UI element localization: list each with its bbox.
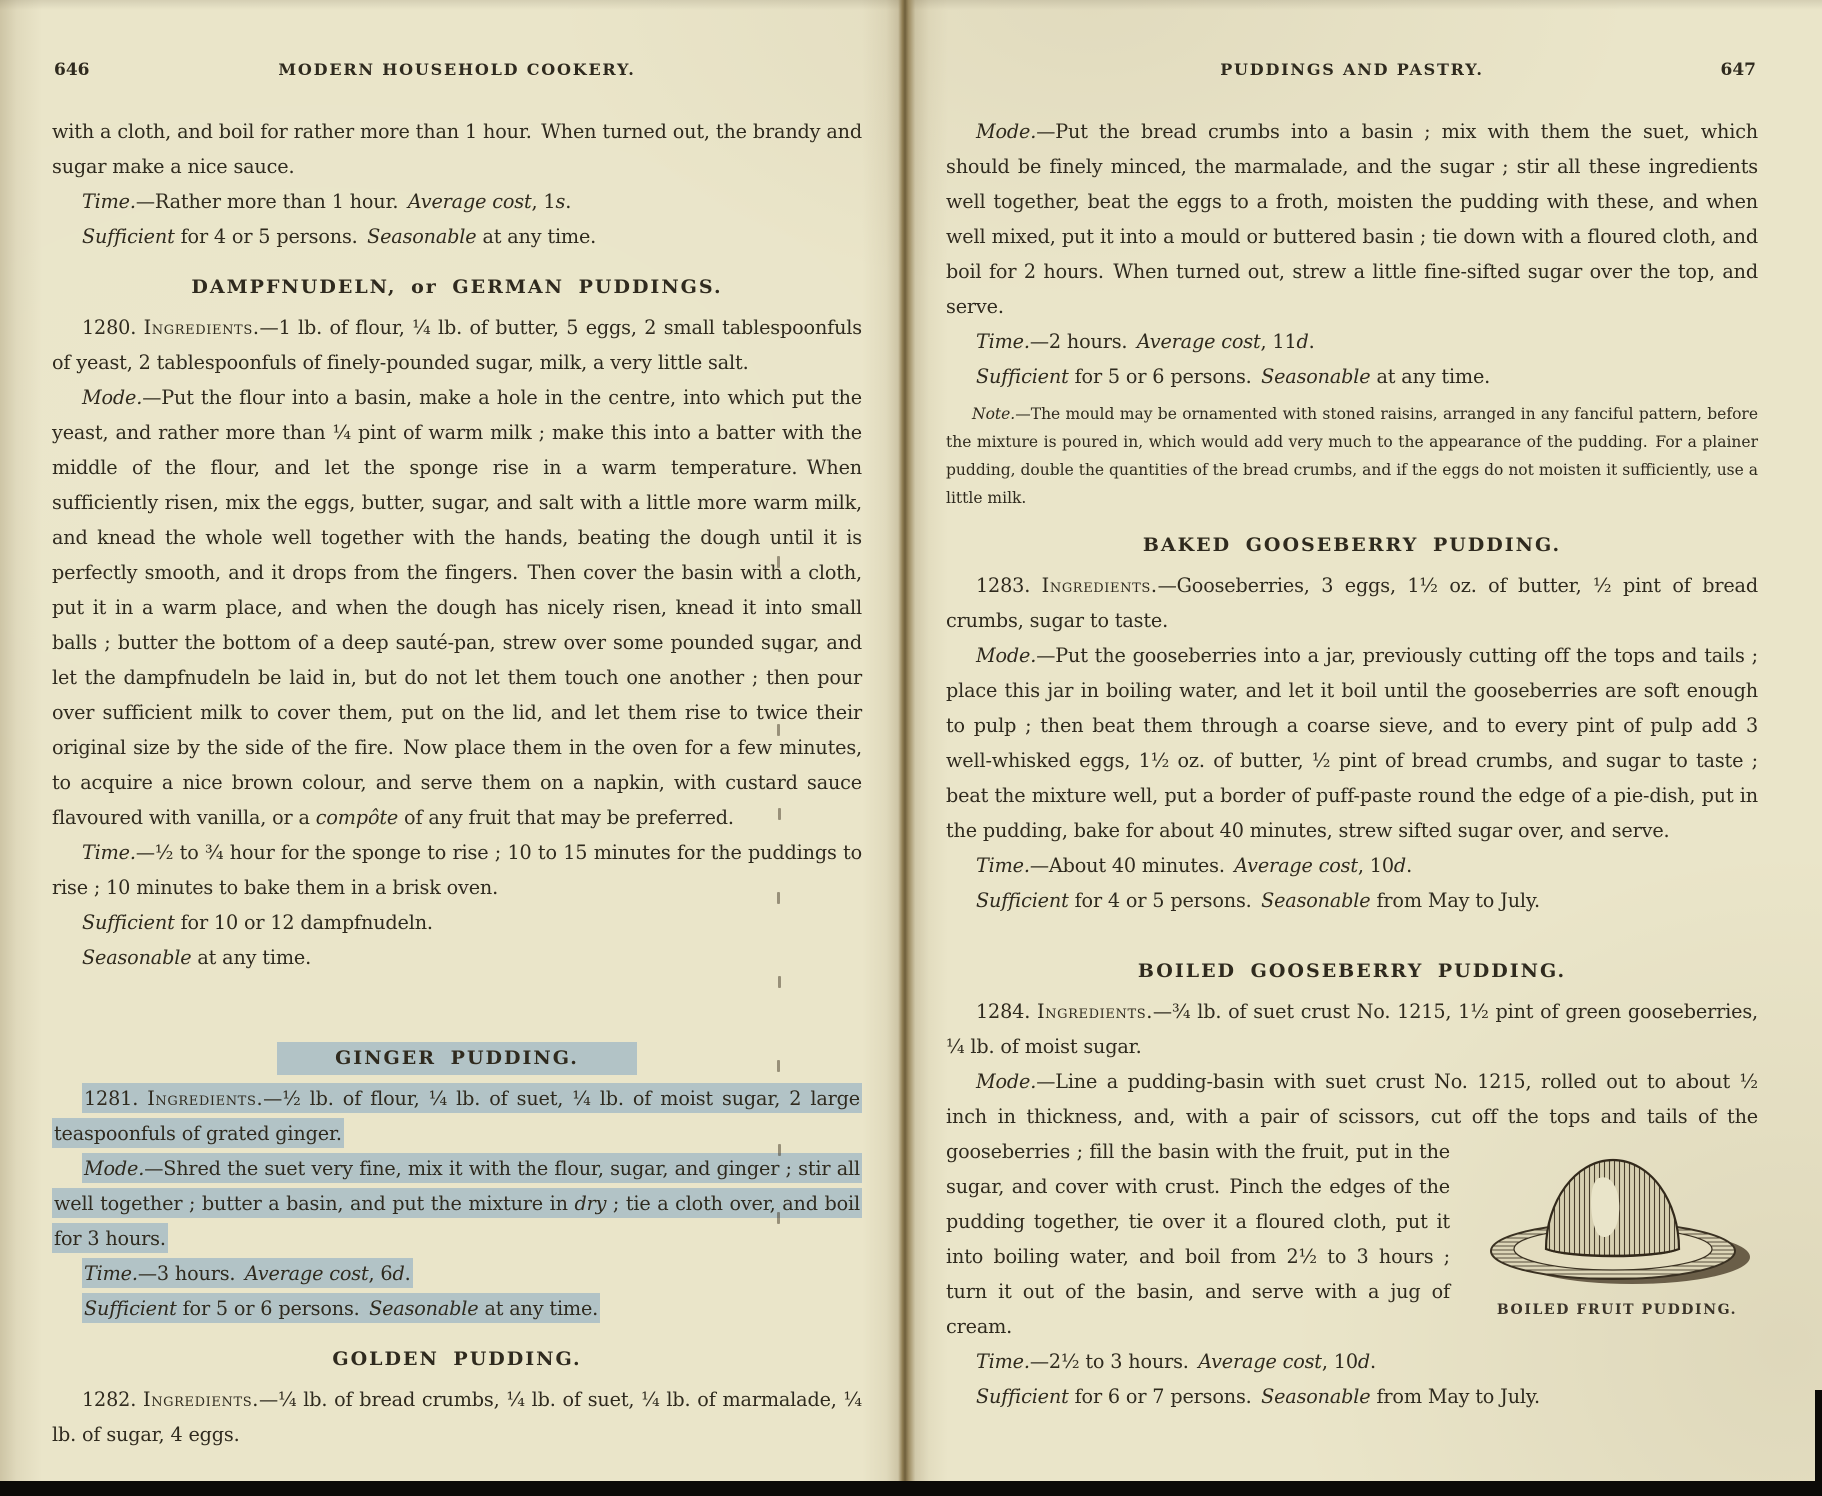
text-segment: 1283. bbox=[976, 574, 1042, 597]
page-right-body: Mode.—Put the bread crumbs into a basin … bbox=[946, 114, 1758, 1414]
text-segment: Average cost bbox=[1137, 330, 1261, 353]
text-segment: —2 hours. bbox=[1030, 330, 1137, 353]
text-segment: Average cost bbox=[1234, 854, 1358, 877]
page-right-header: PUDDINGS AND PASTRY. 647 bbox=[946, 58, 1758, 82]
text-segment: , 11 bbox=[1261, 330, 1297, 353]
text-segment: dry bbox=[574, 1192, 606, 1215]
text-segment: —Rather more than 1 hour. bbox=[136, 190, 408, 213]
recipe-heading: GINGER PUDDING. bbox=[52, 1045, 862, 1071]
text-segment: —2½ to 3 hours. bbox=[1030, 1350, 1198, 1373]
text-segment: Ingredients. bbox=[1042, 574, 1158, 597]
scan-right-edge bbox=[1815, 1390, 1822, 1496]
text-segment: for 4 or 5 persons. bbox=[1069, 889, 1261, 912]
highlight: Time.—3 hours. Average cost, 6d. bbox=[82, 1258, 413, 1288]
text-segment: —3 hours. bbox=[138, 1262, 245, 1285]
text-segment: Ingredients. bbox=[147, 1087, 263, 1110]
text-segment: Seasonable bbox=[367, 225, 476, 248]
detail-line: Time.—Rather more than 1 hour. Average c… bbox=[52, 184, 862, 219]
paragraph: Mode.—Line a pudding-basin with suet cru… bbox=[946, 1064, 1758, 1344]
scan-bottom-edge bbox=[0, 1481, 1822, 1496]
text-segment: Mode. bbox=[82, 386, 142, 409]
running-head-left: MODERN HOUSEHOLD COOKERY. bbox=[52, 58, 862, 82]
text-segment: for 4 or 5 persons. bbox=[175, 225, 367, 248]
text-segment: Ingredients. bbox=[143, 1388, 259, 1411]
text-segment: BAKED GOOSEBERRY PUDDING. bbox=[1143, 534, 1561, 556]
text-segment: Mode. bbox=[976, 120, 1036, 143]
text-segment: Mode. bbox=[84, 1157, 144, 1180]
text-segment: Seasonable bbox=[1261, 1385, 1370, 1408]
stitch-mark bbox=[778, 808, 781, 820]
text-segment: 1280. bbox=[82, 316, 144, 339]
text-segment: 1284. bbox=[976, 1000, 1037, 1023]
text-segment: d bbox=[1297, 330, 1309, 353]
text-segment: Time. bbox=[976, 854, 1030, 877]
paragraph: Mode.—Shred the suet very fine, mix it w… bbox=[52, 1151, 862, 1256]
recipe-heading: GOLDEN PUDDING. bbox=[52, 1346, 862, 1372]
text-segment: Sufficient bbox=[84, 1297, 177, 1320]
paragraph: 1283. Ingredients.—Gooseberries, 3 eggs,… bbox=[946, 568, 1758, 638]
text-segment: compôte bbox=[316, 806, 398, 829]
text-segment: , 6 bbox=[369, 1262, 393, 1285]
page-right: PUDDINGS AND PASTRY. 647 Mode.—Put the b… bbox=[946, 58, 1758, 1414]
figure-caption: BOILED FRUIT PUDDING. bbox=[1476, 1300, 1758, 1320]
page-left: 646 MODERN HOUSEHOLD COOKERY. with a clo… bbox=[52, 58, 862, 1452]
text-segment: at any time. bbox=[479, 1297, 599, 1320]
text-segment: Ingredients. bbox=[144, 316, 260, 339]
page-left-body: with a cloth, and boil for rather more t… bbox=[52, 114, 862, 1452]
paragraph: 1280. Ingredients.—1 lb. of flour, ¼ lb.… bbox=[52, 310, 862, 380]
page-number-left: 646 bbox=[54, 58, 90, 82]
detail-line: Seasonable at any time. bbox=[52, 940, 862, 975]
text-segment: DAMPFNUDELN, or GERMAN PUDDINGS. bbox=[191, 276, 722, 298]
stitch-mark bbox=[777, 724, 780, 736]
highlight: GINGER PUDDING. bbox=[277, 1042, 637, 1075]
page-left-header: 646 MODERN HOUSEHOLD COOKERY. bbox=[52, 58, 862, 82]
highlight: Mode.—Shred the suet very fine, mix it w… bbox=[52, 1153, 862, 1253]
paragraph: 1282. Ingredients.—¼ lb. of bread crumbs… bbox=[52, 1382, 862, 1452]
detail-line: Sufficient for 5 or 6 persons. Seasonabl… bbox=[52, 1291, 862, 1326]
book-spread: 646 MODERN HOUSEHOLD COOKERY. with a clo… bbox=[0, 0, 1822, 1496]
text-segment: for 10 or 12 dampfnudeln. bbox=[175, 911, 433, 934]
text-segment: . bbox=[1309, 330, 1315, 353]
stitch-mark bbox=[777, 1060, 780, 1072]
text-segment: —Put the flour into a basin, make a hole… bbox=[52, 386, 862, 829]
detail-line: Sufficient for 4 or 5 persons. Seasonabl… bbox=[946, 883, 1758, 918]
text-segment: from May to July. bbox=[1371, 889, 1540, 912]
boiled-pudding-engraving bbox=[1482, 1140, 1752, 1298]
stitch-mark bbox=[777, 1212, 780, 1224]
text-segment: for 5 or 6 persons. bbox=[177, 1297, 369, 1320]
detail-line: Sufficient for 10 or 12 dampfnudeln. bbox=[52, 905, 862, 940]
text-segment: . bbox=[565, 190, 571, 213]
highlight: Sufficient for 5 or 6 persons. Seasonabl… bbox=[82, 1293, 600, 1323]
stitch-mark bbox=[777, 556, 780, 568]
detail-line: Time.—About 40 minutes. Average cost, 10… bbox=[946, 848, 1758, 883]
highlight: 1281. Ingredients.—½ lb. of flour, ¼ lb.… bbox=[52, 1083, 862, 1148]
text-segment: Time. bbox=[84, 1262, 138, 1285]
text-segment: d bbox=[392, 1262, 404, 1285]
detail-line: Time.—3 hours. Average cost, 6d. bbox=[52, 1256, 862, 1291]
paragraph: Mode.—Put the gooseberries into a jar, p… bbox=[946, 638, 1758, 848]
text-segment: Time. bbox=[82, 841, 136, 864]
text-segment: for 6 or 7 persons. bbox=[1069, 1385, 1261, 1408]
paragraph: 1284. Ingredients.—¾ lb. of suet crust N… bbox=[946, 994, 1758, 1064]
detail-line: Time.—2 hours. Average cost, 11d. bbox=[946, 324, 1758, 359]
text-segment: Sufficient bbox=[976, 1385, 1069, 1408]
text-segment: Sufficient bbox=[976, 889, 1069, 912]
text-segment: of any fruit that may be preferred. bbox=[398, 806, 734, 829]
text-segment: for 5 or 6 persons. bbox=[1069, 365, 1261, 388]
text-segment: Sufficient bbox=[82, 911, 175, 934]
text-segment: with a cloth, and boil for rather more t… bbox=[52, 120, 862, 178]
stitch-mark bbox=[778, 976, 781, 988]
stitch-mark bbox=[777, 892, 780, 904]
pudding-figure: BOILED FRUIT PUDDING. bbox=[1476, 1140, 1758, 1320]
text-segment: , 1 bbox=[532, 190, 556, 213]
text-segment: BOILED GOOSEBERRY PUDDING. bbox=[1138, 960, 1566, 982]
page-number-right: 647 bbox=[1721, 58, 1757, 82]
note-paragraph: Note.—The mould may be ornamented with s… bbox=[946, 400, 1758, 512]
text-segment: Seasonable bbox=[1261, 365, 1370, 388]
paragraph: Mode.—Put the bread crumbs into a basin … bbox=[946, 114, 1758, 324]
text-segment: Mode. bbox=[976, 1070, 1036, 1093]
stitch-mark bbox=[778, 640, 781, 652]
text-segment: . bbox=[405, 1262, 411, 1285]
text-segment: GINGER PUDDING. bbox=[335, 1047, 579, 1069]
text-segment: at any time. bbox=[1371, 365, 1491, 388]
text-segment: Note. bbox=[972, 405, 1015, 423]
text-segment: 1281. bbox=[84, 1087, 147, 1110]
text-segment: . bbox=[1370, 1350, 1376, 1373]
text-segment: d bbox=[1358, 1350, 1370, 1373]
text-segment: Time. bbox=[976, 330, 1030, 353]
detail-line: Time.—½ to ¾ hour for the sponge to rise… bbox=[52, 835, 862, 905]
text-segment: Seasonable bbox=[1261, 889, 1370, 912]
text-segment: —½ to ¾ hour for the sponge to rise ; 10… bbox=[52, 841, 862, 899]
text-segment: Average cost bbox=[408, 190, 532, 213]
text-segment: Seasonable bbox=[82, 946, 191, 969]
book-gutter bbox=[862, 0, 948, 1496]
text-segment: s bbox=[555, 190, 565, 213]
detail-line: Sufficient for 5 or 6 persons. Seasonabl… bbox=[946, 359, 1758, 394]
text-segment: —Put the bread crumbs into a basin ; mix… bbox=[946, 120, 1758, 318]
text-segment: Mode. bbox=[976, 644, 1036, 667]
text-segment: d bbox=[1394, 854, 1406, 877]
text-segment: , 10 bbox=[1358, 854, 1394, 877]
stitch-mark bbox=[778, 1144, 781, 1156]
text-segment: GOLDEN PUDDING. bbox=[332, 1348, 581, 1370]
text-segment: Seasonable bbox=[369, 1297, 478, 1320]
detail-line: Sufficient for 4 or 5 persons. Seasonabl… bbox=[52, 219, 862, 254]
detail-line: Time.—2½ to 3 hours. Average cost, 10d. bbox=[946, 1344, 1758, 1379]
paragraph: with a cloth, and boil for rather more t… bbox=[52, 114, 862, 184]
text-segment: —Put the gooseberries into a jar, previo… bbox=[946, 644, 1758, 842]
text-segment: from May to July. bbox=[1371, 1385, 1540, 1408]
text-segment: Time. bbox=[82, 190, 136, 213]
detail-line: Sufficient for 6 or 7 persons. Seasonabl… bbox=[946, 1379, 1758, 1414]
text-segment: —The mould may be ornamented with stoned… bbox=[946, 405, 1758, 507]
recipe-heading: BAKED GOOSEBERRY PUDDING. bbox=[946, 532, 1758, 558]
running-head-right: PUDDINGS AND PASTRY. bbox=[946, 58, 1758, 82]
recipe-heading: DAMPFNUDELN, or GERMAN PUDDINGS. bbox=[52, 274, 862, 300]
text-segment: Sufficient bbox=[82, 225, 175, 248]
scan-left-edge bbox=[0, 0, 42, 1496]
text-segment: at any time. bbox=[191, 946, 311, 969]
paragraph: 1281. Ingredients.—½ lb. of flour, ¼ lb.… bbox=[52, 1081, 862, 1151]
text-segment: Sufficient bbox=[976, 365, 1069, 388]
text-segment: at any time. bbox=[477, 225, 597, 248]
text-segment: Ingredients. bbox=[1037, 1000, 1153, 1023]
paragraph: Mode.—Put the flour into a basin, make a… bbox=[52, 380, 862, 835]
text-segment: 1282. bbox=[82, 1388, 143, 1411]
text-segment: Average cost bbox=[245, 1262, 369, 1285]
text-segment: . bbox=[1406, 854, 1412, 877]
text-segment: Time. bbox=[976, 1350, 1030, 1373]
text-segment: Average cost bbox=[1198, 1350, 1322, 1373]
recipe-heading: BOILED GOOSEBERRY PUDDING. bbox=[946, 958, 1758, 984]
text-segment: —About 40 minutes. bbox=[1030, 854, 1234, 877]
text-segment: , 10 bbox=[1322, 1350, 1358, 1373]
